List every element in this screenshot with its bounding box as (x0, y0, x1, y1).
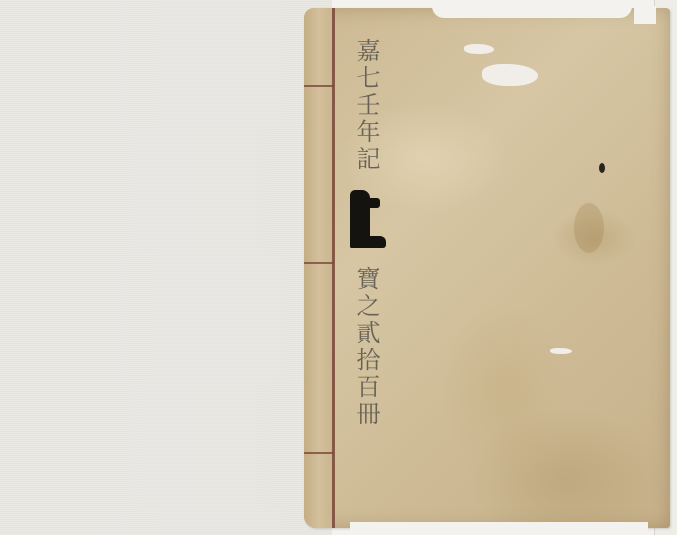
paper-behind-bottom (350, 522, 648, 532)
volume-mark (346, 188, 388, 252)
bound-book: 嘉七壬年記 寶之貳拾百冊 (304, 8, 670, 528)
binding-stitch (304, 85, 334, 87)
torn-corner (634, 6, 656, 24)
title-handwriting-upper: 嘉七壬年記 (344, 38, 384, 188)
title-handwriting-lower: 寶之貳拾百冊 (344, 266, 384, 516)
binding-stitch (304, 262, 334, 264)
dirt-spot (599, 163, 605, 173)
torn-top-edge (432, 6, 632, 18)
stain-patch (574, 203, 604, 253)
binding-stitch (304, 452, 334, 454)
paper-tear (482, 64, 538, 86)
paper-tear (464, 44, 494, 54)
paper-tear (550, 348, 572, 354)
